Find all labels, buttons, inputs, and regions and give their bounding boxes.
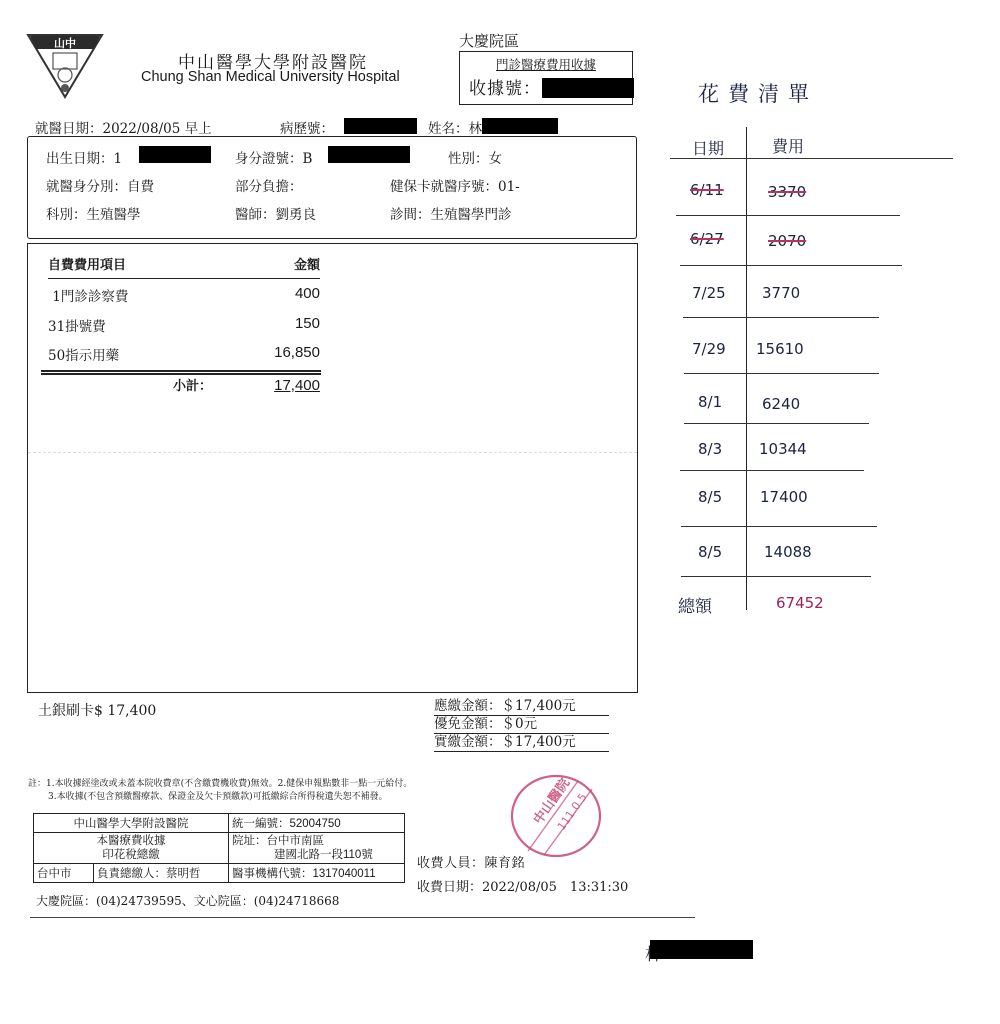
total-label: 總額 [678,592,712,617]
table-hospital: 中山醫學大學附設醫院 [34,814,229,833]
redaction-bar [650,940,753,959]
expense-fee: 3370 [768,183,806,201]
table-receipt-note: 本醫療費收據 印花稅總繳 [34,833,229,864]
redaction-bar [482,118,558,134]
clinic: 診間：生殖醫學門診 [390,203,512,223]
hospital-logo: 山中 [26,33,104,99]
expense-fee: 14088 [764,543,812,561]
expense-date: 8/5 [698,488,722,506]
table-tax-id: 統一編號：52004750 [229,814,405,833]
department: 科別：生殖醫學 [46,203,141,223]
stamp-duty-table: 中山醫學大學附設醫院 統一編號：52004750 本醫療費收據 印花稅總繳 院址… [33,813,405,883]
divider [30,917,695,918]
amount-due: 應繳金額：＄17,400元 [434,698,609,716]
row-rule [684,423,869,424]
copay: 部分負擔： [235,175,303,195]
svg-text:山中: 山中 [54,36,76,50]
row-rule [681,576,871,577]
items-header-amount: 金額 [294,254,320,273]
expense-date: 8/5 [698,543,722,561]
visit-date: 就醫日期：2022/08/05 早上 [35,117,212,137]
total-value: 67452 [776,594,824,612]
sex: 性別：女 [448,147,502,167]
table-address: 院址：台中市南區 建國北路一段110號 [229,833,405,864]
expense-date: 8/3 [698,440,722,458]
receipt-header-box: 門診醫療費用收據 收據號：9 [459,51,633,105]
row-rule [680,265,902,266]
discount-amount: 優免金額：＄0元 [434,716,609,734]
row-rule [683,317,879,318]
expense-list-title: 花費清單 [698,78,818,108]
column-divider [746,127,747,610]
doctor: 醫師：劉勇良 [235,203,316,223]
column-header-date: 日期 [692,136,724,159]
row-rule [670,158,953,159]
row-rule [681,526,877,527]
expense-date: 6/27 [690,230,724,248]
redaction-bar [344,118,417,134]
expense-date: 6/11 [690,181,724,199]
subtotal-value: 17,400 [274,377,320,394]
payment-method: 土銀刷卡$ 17,400 [38,700,156,720]
table-org-code: 醫事機構代號：1317040011 [229,864,405,883]
identity-type: 就醫身分別：自費 [46,175,154,195]
patient-info-box: 出生日期：1 身分證號：B 性別：女 就醫身分別：自費 部分負擔： 健保卡就醫序… [27,136,637,239]
redaction-bar [542,78,634,98]
id-number: 身分證號：B [235,147,312,167]
patient-name-label: 姓名：林 [428,117,482,137]
table-payer: 負責總繳人：蔡明哲 [94,864,229,883]
table-city: 台中市 [34,864,94,883]
expense-fee: 17400 [760,488,808,506]
receipt-title: 門診醫療費用收據 [460,55,632,73]
items-header-item: 自費費用項目 [48,258,126,273]
column-header-fee: 費用 [772,134,804,157]
expense-date: 7/25 [692,284,726,302]
amount-paid: 實繳金額：＄17,400元 [434,734,609,752]
expense-fee: 6240 [762,395,800,413]
note-line: 3.本收據(不包含預繳醫療款、保證金及欠卡預繳款)可抵繳綜合所得稅遺失恕不補發。 [28,791,412,804]
birth-date: 出生日期：1 [46,147,122,167]
chart-number-label: 病歷號： [280,117,334,137]
campus-label: 大慶院區 [459,30,519,51]
campus-phones: 大慶院區：(04)24739595、文心院區：(04)24718668 [36,892,339,909]
expense-fee: 2070 [768,232,806,250]
scan-artifact-line [28,452,637,453]
expense-fee: 10344 [759,440,807,458]
payment-seal-stamp: 中山醫院 111.0.5 [508,773,604,859]
card-sequence: 健保卡就醫序號：01- [390,175,520,195]
note-line: 註：1.本收據經塗改或未蓋本院收費章(不含繳費機收費)無效。2.健保申報點數非一… [28,778,412,791]
row-rule [680,470,864,471]
redaction-bar [139,146,211,163]
hospital-name-en: Chung Shan Medical University Hospital [141,69,400,85]
items-header: 自費費用項目 金額 [48,254,320,279]
expense-fee: 15610 [756,340,804,358]
row-rule [684,373,879,374]
receipt-notes: 註：1.本收據經塗改或未蓋本院收費章(不含繳費機收費)無效。2.健保申報點數非一… [28,778,412,804]
receipt-number: 收據號：9 [469,74,553,99]
expense-date: 8/1 [698,393,722,411]
subtotal-label: 小計： [173,375,212,394]
payment-datetime: 收費日期：2022/08/05 13:31:30 [417,876,628,895]
redaction-bar [328,146,410,163]
expense-date: 7/29 [692,340,726,358]
fee-items-box: 自費費用項目 金額 1門診診察費 400 31掛號費 150 50指示用藥 16… [27,243,638,693]
row-rule [676,215,900,216]
totals-block: 應繳金額：＄17,400元 優免金額：＄0元 實繳金額：＄17,400元 [434,698,609,752]
expense-fee: 3770 [762,284,800,302]
